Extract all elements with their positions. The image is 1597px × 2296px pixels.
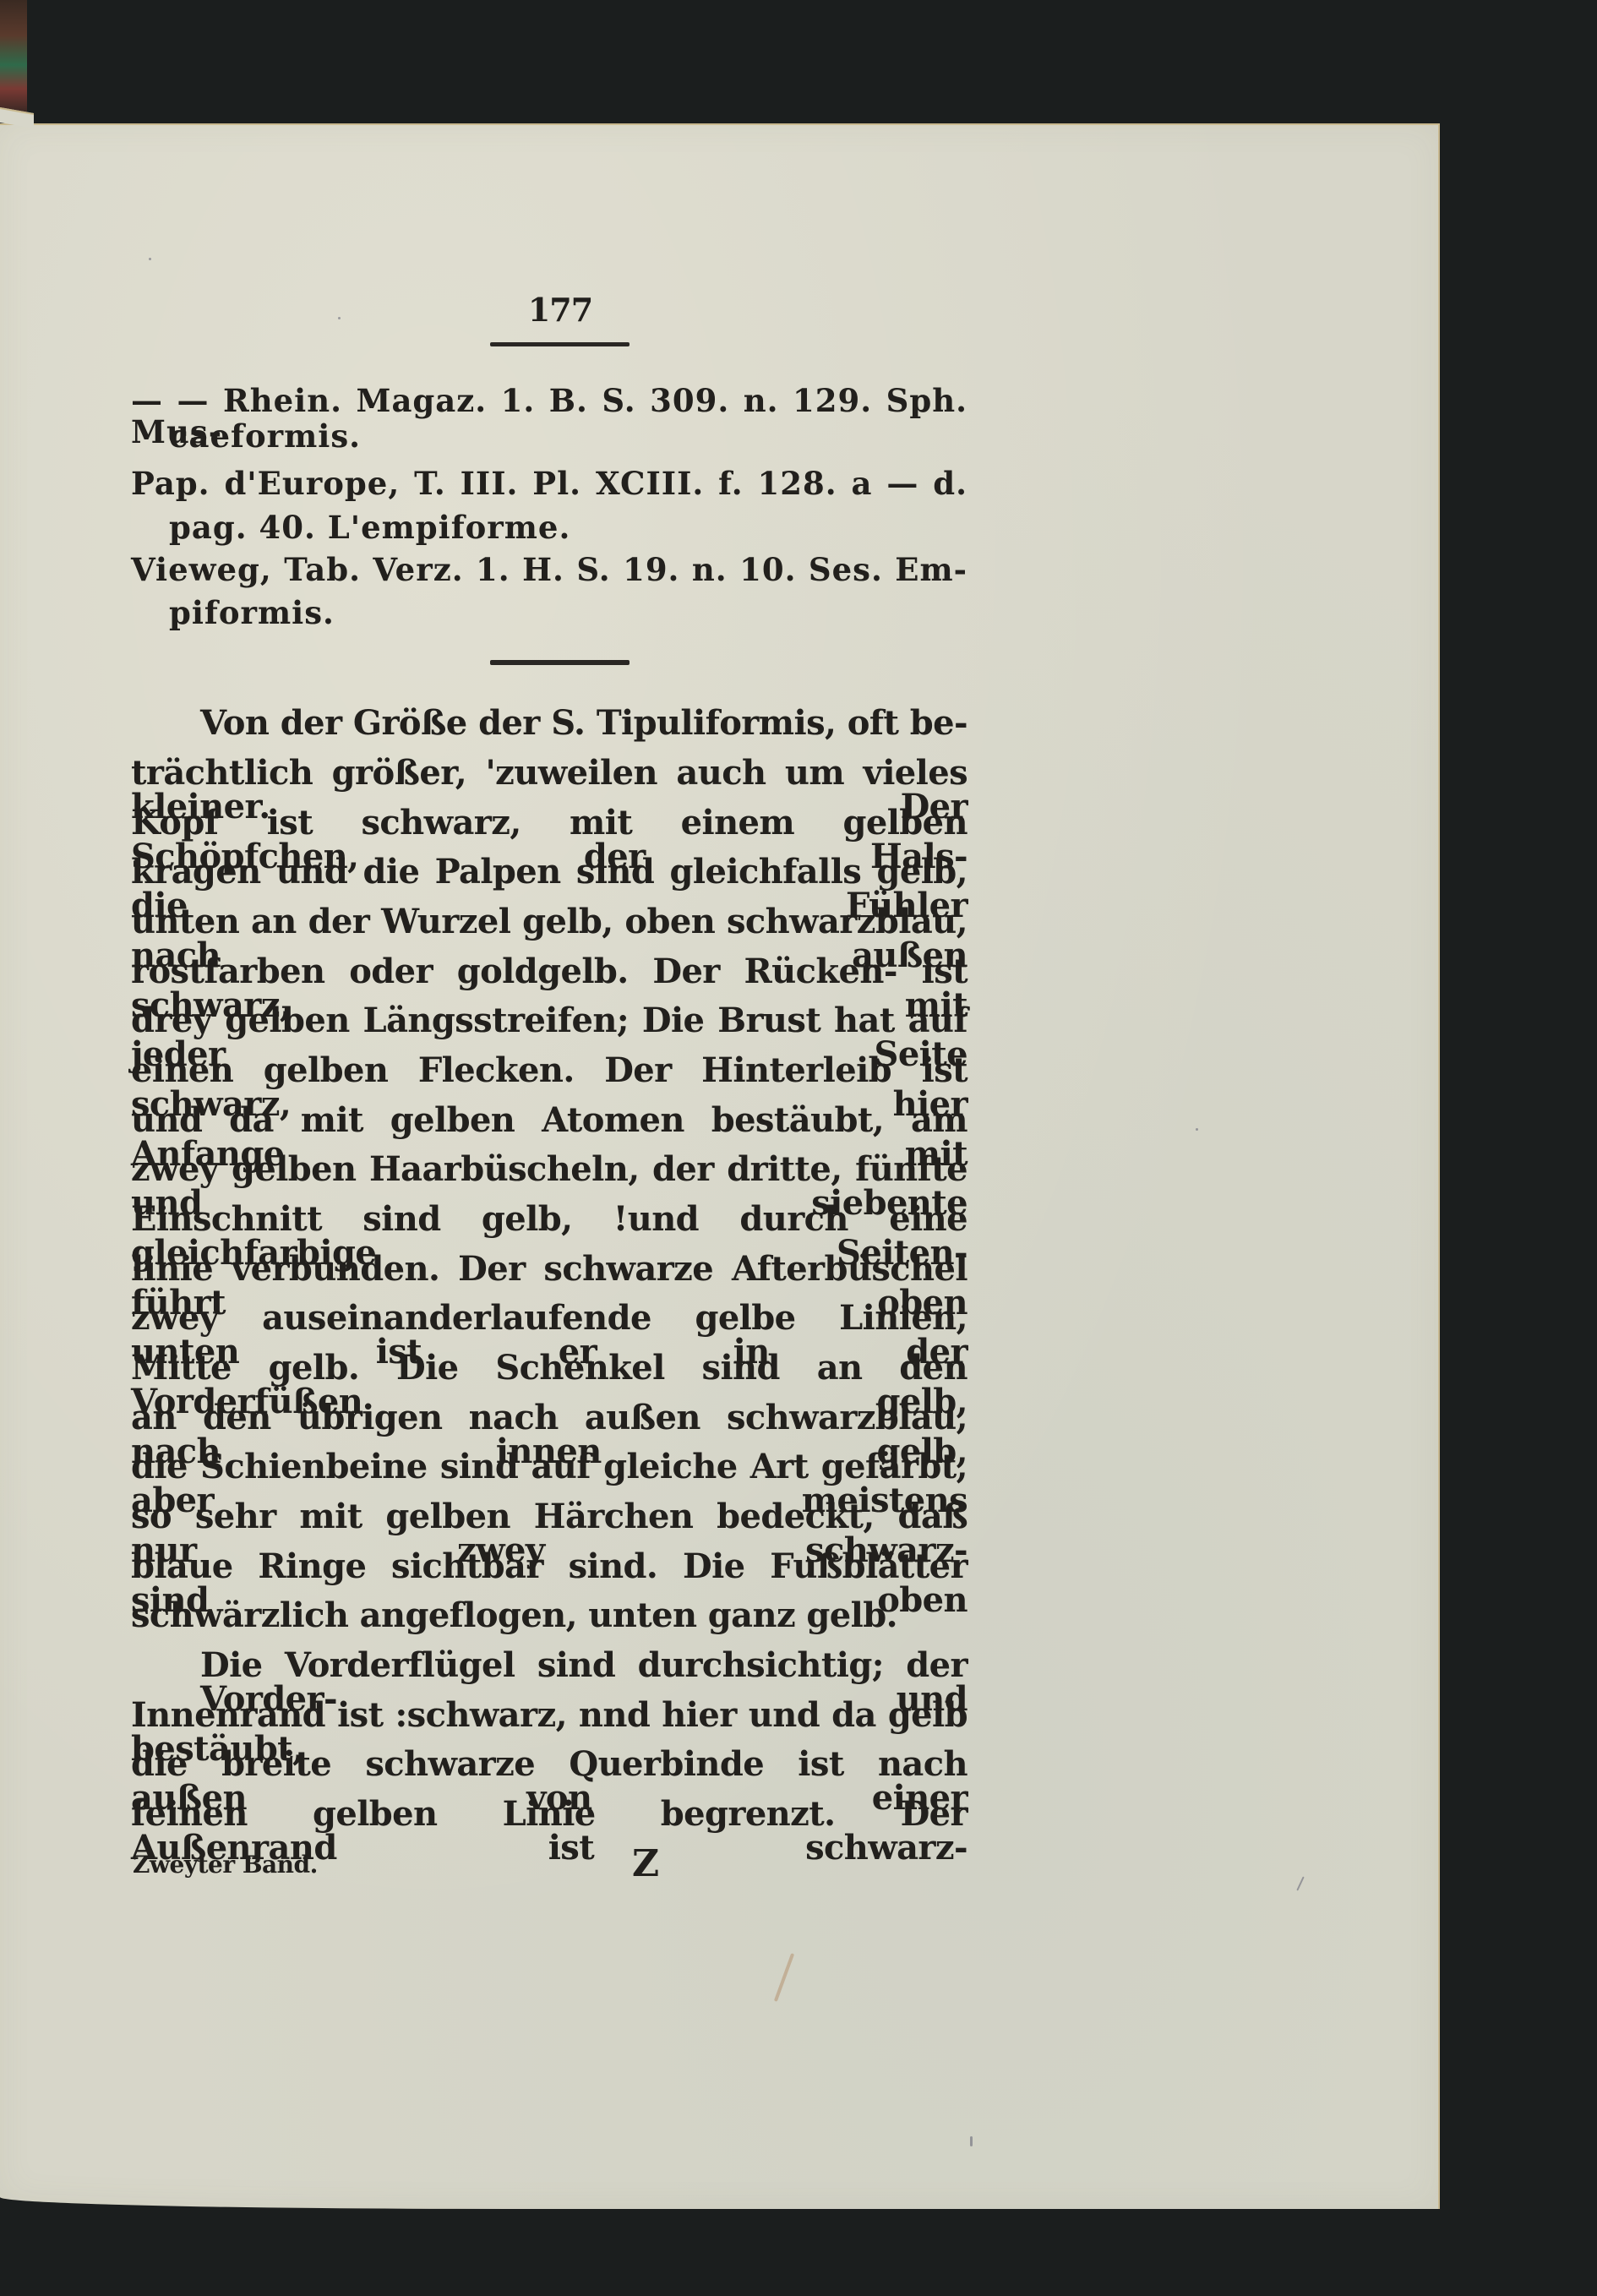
body-line: Die Vorderflügel sind durchsichtig; der …	[200, 1649, 967, 1682]
signature-mark: Z	[632, 1842, 659, 1885]
body-line: unten an der Wurzel gelb, oben schwarzbl…	[131, 905, 967, 939]
body-line: Mitte gelb. Die Schenkel sind an den Vor…	[131, 1351, 967, 1385]
paper-speck	[149, 258, 151, 260]
citation-line: Pap. d'Europe, T. III. Pl. XCIII. f. 128…	[131, 468, 967, 499]
body-line: zwey auseinanderlaufende gelbe Linien, u…	[131, 1301, 967, 1335]
body-line: zwey gelben Haarbüscheln, der dritte, fü…	[131, 1153, 967, 1186]
body-line: schwärzlich angeflogen, unten ganz gelb.	[131, 1599, 967, 1633]
signature-line: Zweyter Band.	[133, 1851, 318, 1879]
book-spine-edge	[0, 0, 27, 118]
body-line: Kopf ist schwarz, mit einem gelben Schöp…	[131, 806, 967, 840]
citation-line: piformis.	[169, 597, 335, 629]
header-rule	[490, 342, 630, 346]
body-line: feinen gelben Linie begrenzt. Der Außenr…	[131, 1797, 967, 1831]
body-line: Von der Größe der S. Tipuliformis, oft b…	[200, 706, 967, 740]
body-line: trächtlich größer, 'zuweilen auch um vie…	[131, 756, 967, 790]
body-line: Innenrand ist :schwarz, nnd hier und da …	[131, 1699, 967, 1732]
scan-stage: 177 — — Rhein. Magaz. 1. B. S. 309. n. 1…	[0, 0, 1597, 2296]
body-line: blaue Ringe sichtbar sind. Die Fußblätte…	[131, 1550, 967, 1584]
citation-line: caeformis.	[169, 421, 361, 452]
body-line: einen gelben Flecken. Der Hinterleib ist…	[131, 1054, 967, 1088]
body-line: Einschnitt sind gelb, !und durch eine gl…	[131, 1203, 967, 1236]
paper-speck	[970, 2136, 973, 2146]
body-line: drey gelben Längsstreifen; Die Brust hat…	[131, 1004, 967, 1038]
body-line: die breite schwarze Querbinde ist nach a…	[131, 1748, 967, 1781]
body-line: kragen und die Palpen sind gleichfalls g…	[131, 855, 967, 889]
page-number: 177	[522, 291, 598, 329]
body-line: an den übrigen nach außen schwarzblau, n…	[131, 1401, 967, 1435]
body-line: die Schienbeine sind auf gleiche Art gef…	[131, 1450, 967, 1484]
citation-line: pag. 40. L'empiforme.	[169, 512, 570, 543]
body-line: linie verbunden. Der schwarze Afterbüsch…	[131, 1252, 967, 1286]
body-line: rostfarben oder goldgelb. Der Rücken- is…	[131, 955, 967, 989]
paper-speck	[338, 317, 341, 319]
body-line: und da mit gelben Atomen bestäubt, am An…	[131, 1104, 967, 1137]
paper-speck	[1196, 1128, 1198, 1131]
section-divider	[490, 660, 630, 665]
citation-line: Vieweg, Tab. Verz. 1. H. S. 19. n. 10. S…	[131, 554, 967, 586]
body-line: so sehr mit gelben Härchen bedeckt, daß …	[131, 1500, 967, 1534]
